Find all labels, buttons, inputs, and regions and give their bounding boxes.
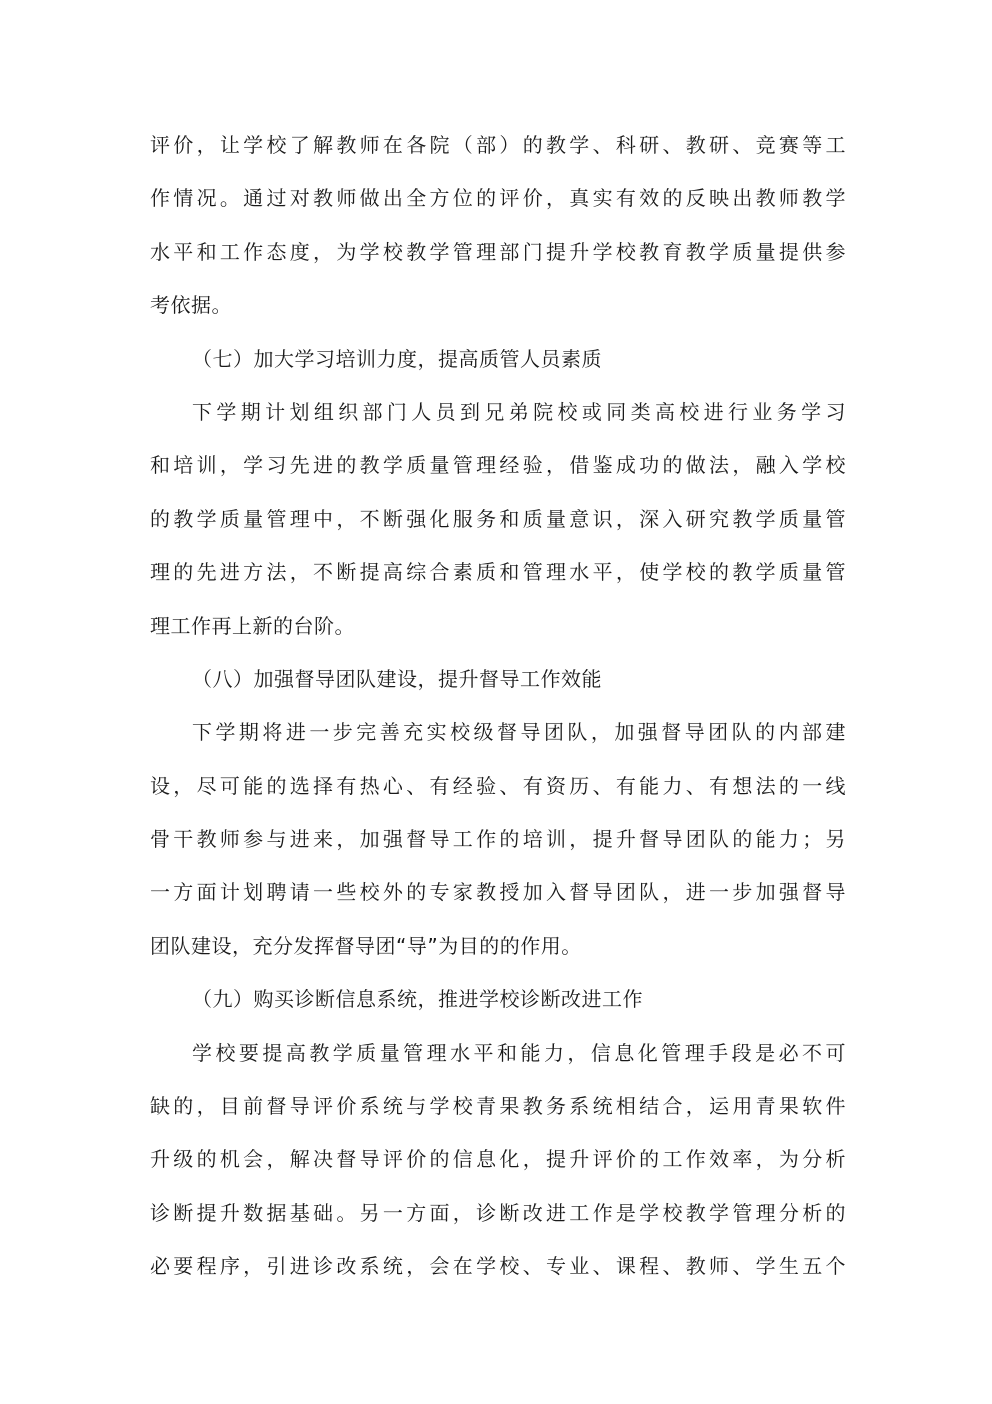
text-line: 下学期计划组织部门人员到兄弟院校或同类高校进行业务学习 [150,393,846,446]
section-heading-9: （九）购买诊断信息系统，推进学校诊断改进工作 [150,980,846,1033]
text-line: 下学期将进一步完善充实校级督导团队，加强督导团队的内部建 [150,713,846,766]
document-page: 评价，让学校了解教师在各院（部）的教学、科研、教研、竞赛等工 作情况。通过对教师… [150,126,846,1301]
text-line: 设，尽可能的选择有热心、有经验、有资历、有能力、有想法的一线 [150,767,846,820]
text-line: 考依据。 [150,286,846,339]
text-line: 升级的机会，解决督导评价的信息化，提升评价的工作效率，为分析 [150,1140,846,1193]
text-line: 一方面计划聘请一些校外的专家教授加入督导团队，进一步加强督导 [150,873,846,926]
text-line: 缺的，目前督导评价系统与学校青果教务系统相结合，运用青果软件 [150,1087,846,1140]
section-heading-7: （七）加大学习培训力度，提高质管人员素质 [150,340,846,393]
text-line: 团队建设，充分发挥督导团“导”为目的的作用。 [150,927,846,980]
text-line: 和培训，学习先进的教学质量管理经验，借鉴成功的做法，融入学校 [150,446,846,499]
text-line: 水平和工作态度，为学校教学管理部门提升学校教育教学质量提供参 [150,233,846,286]
text-line: 骨干教师参与进来，加强督导工作的培训，提升督导团队的能力；另 [150,820,846,873]
text-line: 的教学质量管理中，不断强化服务和质量意识，深入研究教学质量管 [150,500,846,553]
text-line: 评价，让学校了解教师在各院（部）的教学、科研、教研、竞赛等工 [150,126,846,179]
paragraph-diagnosis-system: 学校要提高教学质量管理水平和能力，信息化管理手段是必不可 缺的，目前督导评价系统… [150,1034,846,1301]
paragraph-evaluation-continuation: 评价，让学校了解教师在各院（部）的教学、科研、教研、竞赛等工 作情况。通过对教师… [150,126,846,340]
paragraph-supervision-team: 下学期将进一步完善充实校级督导团队，加强督导团队的内部建 设，尽可能的选择有热心… [150,713,846,980]
paragraph-training: 下学期计划组织部门人员到兄弟院校或同类高校进行业务学习 和培训，学习先进的教学质… [150,393,846,660]
text-line: 理的先进方法，不断提高综合素质和管理水平，使学校的教学质量管 [150,553,846,606]
text-line: 作情况。通过对教师做出全方位的评价，真实有效的反映出教师教学 [150,179,846,232]
section-heading-8: （八）加强督导团队建设，提升督导工作效能 [150,660,846,713]
text-line: 学校要提高教学质量管理水平和能力，信息化管理手段是必不可 [150,1034,846,1087]
text-line: 理工作再上新的台阶。 [150,607,846,660]
text-line: 必要程序，引进诊改系统，会在学校、专业、课程、教师、学生五个 [150,1247,846,1300]
text-line: 诊断提升数据基础。另一方面，诊断改进工作是学校教学管理分析的 [150,1194,846,1247]
